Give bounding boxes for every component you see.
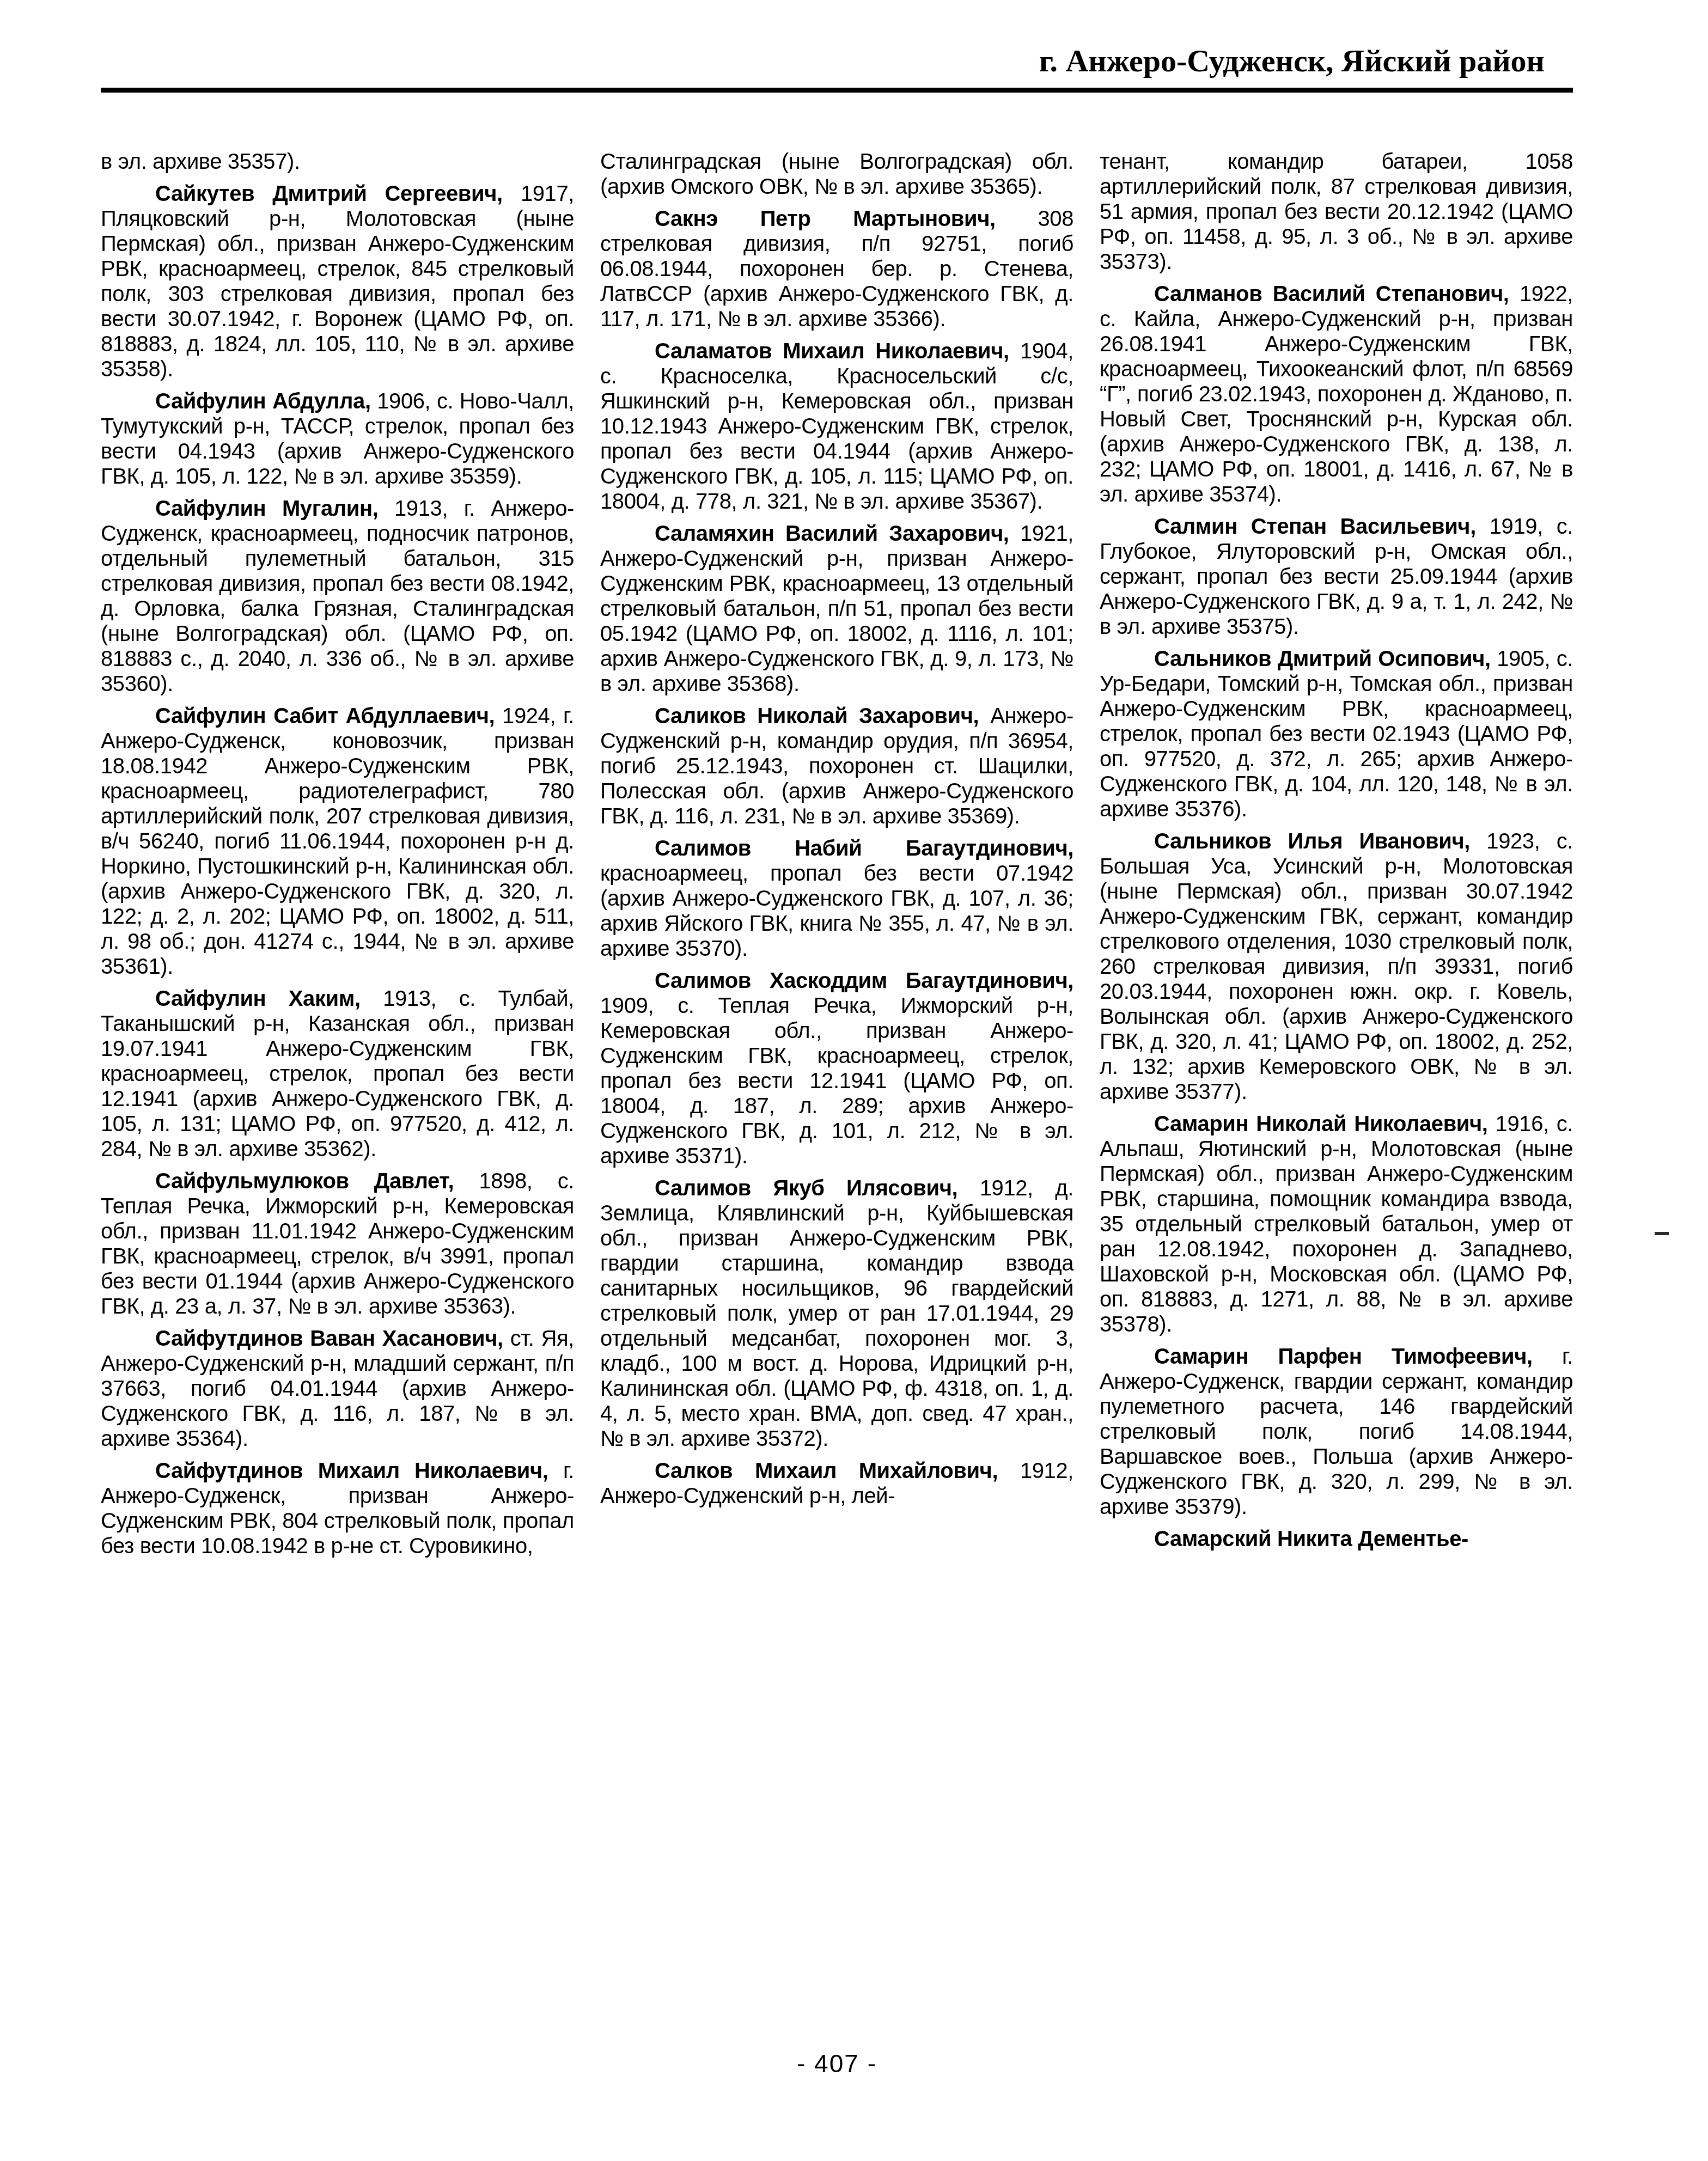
entry-name: Сайфутдинов Михаил Николаевич,	[155, 1459, 548, 1483]
entry-name: Сальников Илья Иванович,	[1154, 829, 1470, 853]
entry: Сайфутдинов Ваван Хасанович, ст. Яя, Анж…	[101, 1326, 574, 1451]
entry: тенант, командир батареи, 1058 артиллери…	[1100, 149, 1573, 274]
page-header-title: г. Анжеро-Судженск, Яйский район	[101, 0, 1573, 79]
entry: Сайкутев Дмитрий Сергеевич, 1917, Пляцко…	[101, 181, 574, 382]
entry-name: Сайкутев Дмитрий Сергеевич,	[155, 182, 503, 206]
entry: Салмин Степан Васильевич, 1919, с. Глубо…	[1100, 514, 1573, 639]
entry: Самарин Парфен Тимофеевич, г. Анжеро-Суд…	[1100, 1344, 1573, 1519]
entry: Сальников Дмитрий Осипович, 1905, с. Ур-…	[1100, 646, 1573, 822]
entry: Сакнэ Петр Мартынович, 308 стрелковая ди…	[600, 206, 1073, 332]
entry-name: Салмин Степан Васильевич,	[1154, 515, 1476, 539]
entry: Сайфулин Сабит Абдуллаевич, 1924, г. Анж…	[101, 704, 574, 979]
entry: Сайфулин Хаким, 1913, с. Тулбай, Таканыш…	[101, 986, 574, 1162]
entry: Сайфулин Абдулла, 1906, с. Ново-Чалл, Ту…	[101, 389, 574, 489]
entry-name: Салманов Василий Степанович,	[1154, 282, 1509, 306]
entry-name: Самарин Парфен Тимофеевич,	[1154, 1345, 1533, 1369]
entry: Сайфульмулюков Давлет, 1898, с. Теплая Р…	[101, 1169, 574, 1319]
entry: Салманов Василий Степанович, 1922, с. Ка…	[1100, 282, 1573, 507]
text-columns: в эл. архиве 35357).Сайкутев Дмитрий Сер…	[101, 149, 1573, 1559]
entry-name: Салков Михаил Михайлович,	[655, 1459, 998, 1483]
entry: Сайфутдинов Михаил Николаевич, г. Анжеро…	[101, 1458, 574, 1559]
page-content: г. Анжеро-Судженск, Яйский район в эл. а…	[101, 0, 1573, 1559]
column-3: тенант, командир батареи, 1058 артиллери…	[1100, 149, 1573, 1559]
entry: Сталинградская (ныне Волгоградская) обл.…	[600, 149, 1073, 199]
entry-name: Сайфутдинов Ваван Хасанович,	[155, 1327, 503, 1351]
header-rule	[101, 88, 1573, 93]
document-page: { "header": { "title": "г. Анжеро-Суджен…	[0, 0, 1708, 2161]
page-number: - 407 -	[101, 2049, 1573, 2078]
entry: Сальников Илья Иванович, 1923, с. Больша…	[1100, 829, 1573, 1104]
entry: Салимов Хаскоддим Багаутдинович, 1909, с…	[600, 968, 1073, 1169]
entry: Саламатов Михаил Николаевич, 1904, с. Кр…	[600, 339, 1073, 514]
column-1: в эл. архиве 35357).Сайкутев Дмитрий Сер…	[101, 149, 574, 1559]
entry-name: Салимов Хаскоддим Багаутдинович,	[655, 969, 1073, 993]
entry: Самарин Николай Николаевич, 1916, с. Аль…	[1100, 1112, 1573, 1337]
scan-artifact	[1655, 1232, 1669, 1235]
entry: Сайфулин Мугалин, 1913, г. Анжеро-Суджен…	[101, 496, 574, 697]
entry-name: Сайфульмулюков Давлет,	[155, 1169, 454, 1193]
entry-name: Сальников Дмитрий Осипович,	[1154, 647, 1491, 671]
entry-name: Сайфулин Хаким,	[155, 987, 361, 1011]
entry-name: Самарский Никита Дементье-	[1154, 1527, 1468, 1551]
entry-name: Сайфулин Сабит Абдуллаевич,	[155, 704, 495, 728]
entry: Салков Михаил Михайлович, 1912, Анжеро-С…	[600, 1458, 1073, 1509]
column-2: Сталинградская (ныне Волгоградская) обл.…	[600, 149, 1073, 1559]
entry-name: Сайфулин Мугалин,	[155, 497, 378, 521]
entry-name: Сакнэ Петр Мартынович,	[655, 207, 996, 231]
entry-name: Саликов Николай Захарович,	[655, 704, 979, 728]
entry-name: Салимов Набий Багаутдинович,	[655, 837, 1073, 860]
entry: в эл. архиве 35357).	[101, 149, 574, 174]
entry-name: Сайфулин Абдулла,	[155, 389, 371, 413]
entry-name: Самарин Николай Николаевич,	[1154, 1112, 1488, 1136]
entry-name: Саламатов Михаил Николаевич,	[655, 339, 1009, 363]
entry: Салимов Набий Багаутдинович, красноармее…	[600, 836, 1073, 961]
entry: Самарский Никита Дементье-	[1100, 1527, 1573, 1552]
entry: Салимов Якуб Илясович, 1912, д. Землица,…	[600, 1176, 1073, 1451]
entry: Саликов Николай Захарович, Анжеро-Суджен…	[600, 704, 1073, 829]
entry-name: Салимов Якуб Илясович,	[655, 1176, 957, 1200]
entry: Саламяхин Василий Захарович, 1921, Анжер…	[600, 521, 1073, 697]
entry-name: Саламяхин Василий Захарович,	[655, 522, 1009, 546]
